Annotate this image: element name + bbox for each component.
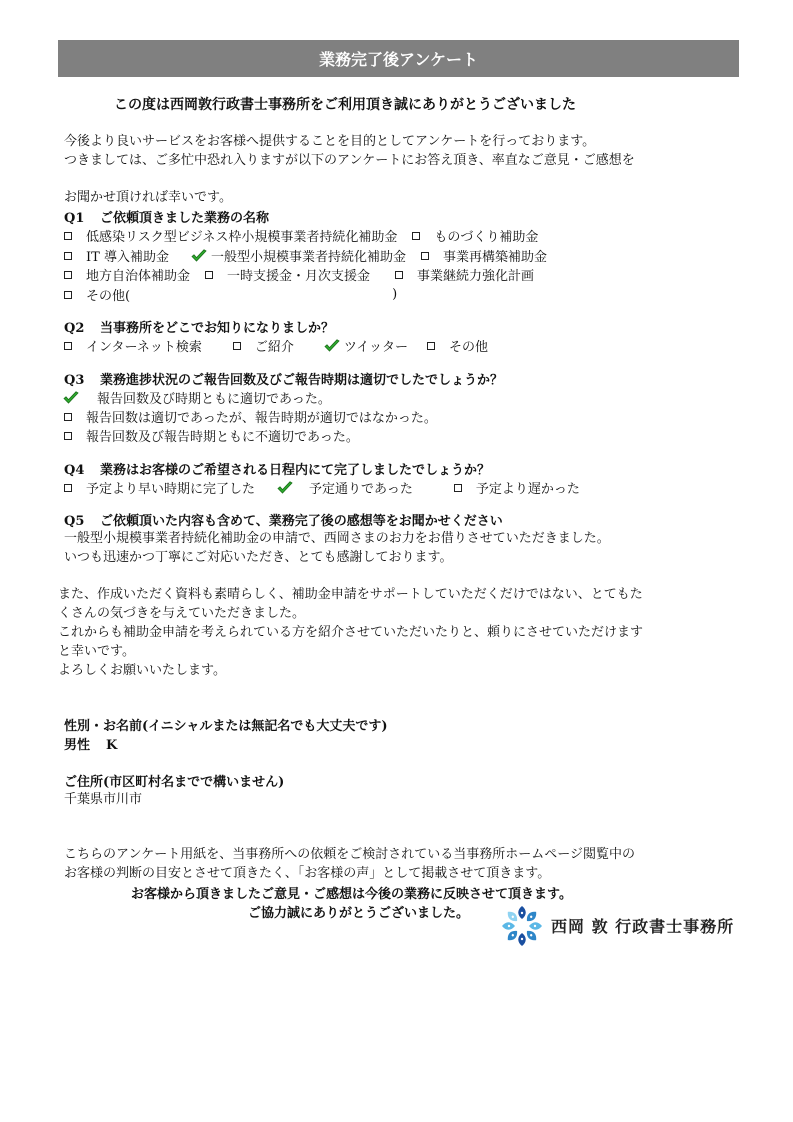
notice-line-1: こちらのアンケート用紙を、当事務所への依頼をご検討されている当事務所ホームページ… [64,845,635,864]
q1-option-temp-support[interactable]: 一時支援金・月次支援金 [204,265,370,284]
q1-option-local-gov[interactable]: 地方自治体補助金 [63,265,190,284]
option-label: 報告回数及び報告時期ともに不適切であった。 [86,426,359,445]
q5-paragraph-line-1: また、作成いただく資料も素晴らしく、補助金申請をサポートしていただくだけではない… [58,585,643,604]
q1-option-monozukuri[interactable]: ものづくり補助金 [411,226,538,245]
q4-number: Q4 [64,463,100,478]
option-label: 予定通りであった [309,478,413,497]
checkbox-icon[interactable] [64,342,72,350]
q3-option-both-bad[interactable]: 報告回数及び報告時期ともに不適切であった。 [63,426,359,445]
initial-value: K [106,738,117,753]
option-label: その他( [86,285,130,304]
q4-text: 業務はお客様のご希望される日程内にて完了しましたでしょうか？ [100,463,490,478]
q1-option-low-infection[interactable]: 低感染リスク型ビジネス枠小規模事業者持続化補助金 [63,226,397,245]
office-logo-text: 西岡 敦 行政書士事務所 [551,914,734,937]
closing-thanks: ご協力誠にありがとうございました。 [248,902,469,921]
survey-title-bar: 業務完了後アンケート [58,40,739,77]
q4-title: Q4業務はお客様のご希望される日程内にて完了しましたでしょうか？ [64,459,490,478]
q3-title: Q3業務進捗状況のご報告回数及びご報告時期は適切でしたでしょうか？ [64,369,503,388]
option-label: ツイッター [344,336,408,355]
checkbox-icon[interactable] [64,484,72,492]
q1-number: Q1 [64,211,100,226]
checkbox-icon[interactable] [454,484,462,492]
option-label: 事業再構築補助金 [443,246,547,265]
address-value: 千葉県市川市 [64,790,142,809]
q1-title: Q1ご依頼頂きました業務の名称 [64,207,269,226]
q1-option-bcp[interactable]: 事業継続力強化計画 [394,265,534,284]
q5-number: Q5 [64,514,100,529]
q1-option-other[interactable]: その他() [63,285,397,304]
checkbox-icon[interactable] [427,342,435,350]
checkbox-icon[interactable] [64,252,72,260]
option-label: 一般型小規模事業者持続化補助金 [211,246,406,265]
intro-line-1: 今後より良いサービスをお客様へ提供することを目的としてアンケートを行っております… [64,132,595,151]
q5-title: Q5ご依頼頂いた内容も含めて、業務完了後の感想等をお聞かせください [64,510,503,529]
q1-row-2: IT 導入補助金 一般型小規模事業者持続化補助金 事業再構築補助金 [63,246,561,265]
q5-answer-line-1: 一般型小規模事業者持続化補助金の申請で、西岡さまのお力をお借りさせていただきまし… [64,529,610,548]
q1-option-restructuring[interactable]: 事業再構築補助金 [420,246,547,265]
q4-row: 予定より早い時期に完了した 予定通りであった 予定より遅かった [63,478,594,497]
option-label: 予定より早い時期に完了した [86,478,255,497]
q2-option-referral[interactable]: ご紹介 [232,336,294,355]
option-label: ものづくり補助金 [434,226,538,245]
option-label: 報告回数及び時期ともに適切であった。 [97,388,331,407]
checkmark-icon[interactable] [277,481,293,495]
q2-option-other[interactable]: その他 [426,336,488,355]
checkbox-icon[interactable] [64,432,72,440]
q3-row-2: 報告回数は適切であったが、報告時期が適切ではなかった。 [63,407,451,426]
option-label: 低感染リスク型ビジネス枠小規模事業者持続化補助金 [86,226,397,245]
q2-option-twitter[interactable]: ツイッター [324,336,408,355]
q5-answer-line-2: いつも迅速かつ丁寧にご対応いただき、とても感謝しております。 [64,548,452,567]
q2-option-internet[interactable]: インターネット検索 [63,336,202,355]
checkmark-icon[interactable] [324,339,340,353]
option-label: 報告回数は適切であったが、報告時期が適切ではなかった。 [86,407,437,426]
option-label: 地方自治体補助金 [86,265,190,284]
q3-text: 業務進捗状況のご報告回数及びご報告時期は適切でしたでしょうか？ [100,373,503,388]
q1-row-3: 地方自治体補助金 一時支援金・月次支援金 事業継続力強化計画 [63,265,548,284]
checkbox-icon[interactable] [395,271,403,279]
q1-row-4: その他() [63,285,411,304]
office-logo-icon [501,905,543,947]
checkbox-icon[interactable] [421,252,429,260]
intro-line-2: つきましては、ご多忙中恐れ入りますが以下のアンケートにお答え頂き、率直なご意見・… [64,151,635,170]
notice-line-2: お客様の判断の目安とさせて頂きたく、「お客様の声」として掲載させて頂きます。 [64,864,550,883]
q2-number: Q2 [64,321,100,336]
q4-option-early[interactable]: 予定より早い時期に完了した [63,478,255,497]
option-label: 一時支援金・月次支援金 [227,265,370,284]
q3-number: Q3 [64,373,100,388]
intro-line-3: お聞かせ頂ければ幸いです。 [64,188,232,207]
q1-option-it[interactable]: IT 導入補助金 [63,246,169,265]
q3-option-appropriate[interactable]: 報告回数及び時期ともに適切であった。 [63,388,331,407]
checkbox-icon[interactable] [64,271,72,279]
option-suffix: ) [392,287,397,302]
q1-option-general-small-business[interactable]: 一般型小規模事業者持続化補助金 [191,246,406,265]
name-label: 性別・お名前(イニシャルまたは無記名でも大丈夫です) [64,715,388,734]
q5-paragraph-line-4: と幸いです。 [58,642,135,661]
checkbox-icon[interactable] [412,232,420,240]
q3-row-1: 報告回数及び時期ともに適切であった。 [63,388,345,407]
thanks-line: この度は西岡敦行政書士事務所をご利用頂き誠にありがとうございました [114,94,576,114]
option-label: 予定より遅かった [476,478,580,497]
option-label: インターネット検索 [86,336,202,355]
option-label: IT 導入補助金 [86,246,169,265]
option-label: 事業継続力強化計画 [417,265,534,284]
survey-title: 業務完了後アンケート [319,47,478,70]
feedback-note: お客様から頂きましたご意見・ご感想は今後の業務に反映させて頂きます。 [131,883,572,902]
q4-option-late[interactable]: 予定より遅かった [453,478,580,497]
q3-row-3: 報告回数及び報告時期ともに不適切であった。 [63,426,373,445]
q4-option-on-schedule[interactable]: 予定通りであった [277,478,413,497]
option-label: ご紹介 [255,336,294,355]
q1-row-1: 低感染リスク型ビジネス枠小規模事業者持続化補助金 ものづくり補助金 [63,226,552,245]
respondent-name: 男性K [64,734,117,753]
q5-paragraph-line-3: これからも補助金申請を考えられている方を紹介させていただいたりと、頼りにさせてい… [58,623,643,642]
q3-option-timing-bad[interactable]: 報告回数は適切であったが、報告時期が適切ではなかった。 [63,407,437,426]
checkbox-icon[interactable] [233,342,241,350]
q5-paragraph-line-2: くさんの気づきを与えていただきました。 [58,604,305,623]
q5-text: ご依頼頂いた内容も含めて、業務完了後の感想等をお聞かせください [100,514,503,529]
checkmark-icon[interactable] [63,391,79,405]
q5-paragraph-line-5: よろしくお願いいたします。 [58,661,226,680]
checkbox-icon[interactable] [64,291,72,299]
q1-text: ご依頼頂きました業務の名称 [100,211,269,226]
checkmark-icon[interactable] [191,249,207,263]
gender-value: 男性 [64,738,90,753]
checkbox-icon[interactable] [64,413,72,421]
q2-title: Q2当事務所をどこでお知りになりましか？ [64,317,334,336]
checkbox-icon[interactable] [205,271,213,279]
q2-row: インターネット検索 ご紹介 ツイッター その他 [63,336,502,355]
address-label: ご住所(市区町村名までで構いません) [64,771,284,790]
option-label: その他 [449,336,488,355]
q2-text: 当事務所をどこでお知りになりましか？ [100,321,334,336]
checkbox-icon[interactable] [64,232,72,240]
